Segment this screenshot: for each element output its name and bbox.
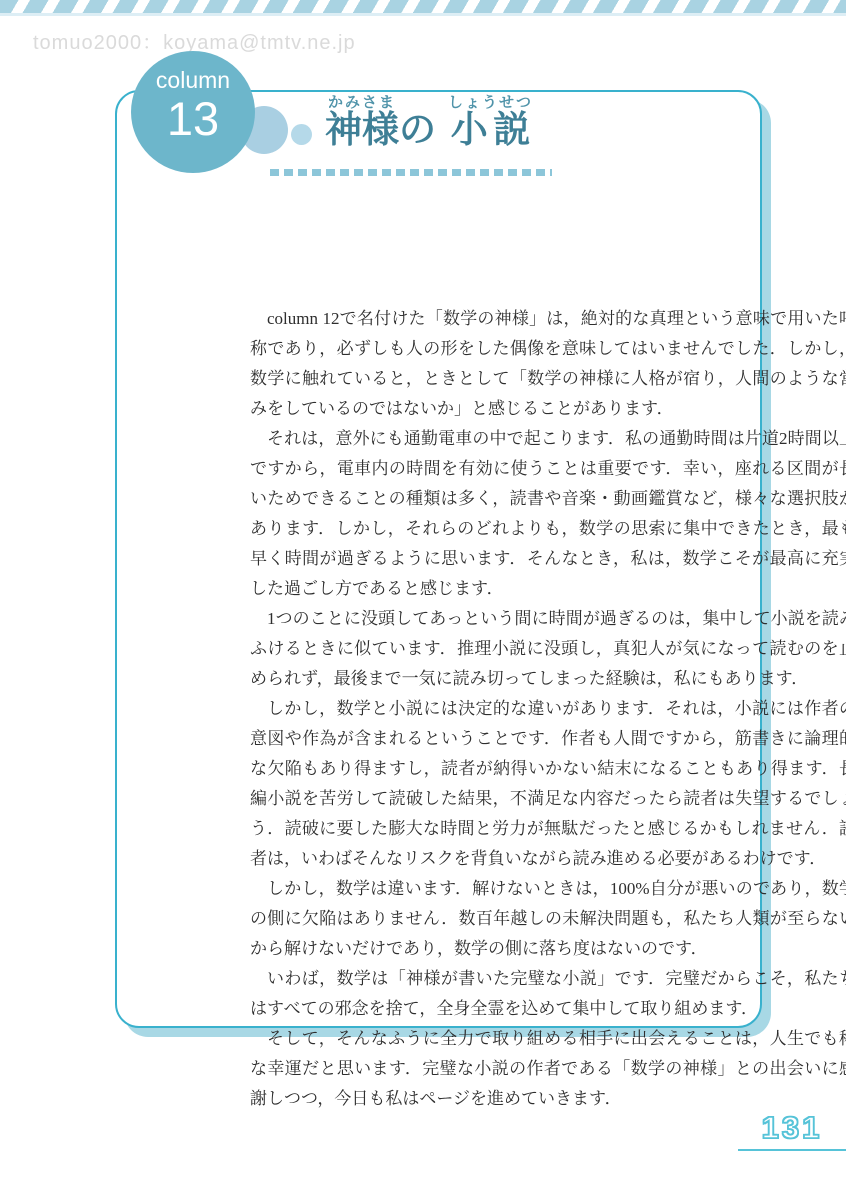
column-body-text: column 12で名付けた「数学の神様」は，絶対的な真理という意味で用いた呼称… xyxy=(250,304,846,1114)
title-ruby1-text: かみさま xyxy=(325,94,399,111)
page-number: 131 xyxy=(762,1110,823,1145)
column-content-box: column 12で名付けた「数学の神様」は，絶対的な真理という意味で用いた呼称… xyxy=(115,90,762,1028)
decorative-dot-small xyxy=(291,124,312,145)
title-word2-text: 小説 xyxy=(448,109,533,150)
title-dashed-underline xyxy=(270,169,552,176)
paragraph-4: しかし，数学と小説には決定的な違いがあります．それは，小説には作者の意図や作為が… xyxy=(250,694,846,874)
paragraph-7: そして，そんなふうに全力で取り組める相手に出会えることは，人生でも稀な幸運だと思… xyxy=(250,1024,846,1114)
title-word-shousetsu: 小説しょうせつ xyxy=(448,109,533,150)
top-stripe-border xyxy=(0,0,846,16)
paragraph-1: column 12で名付けた「数学の神様」は，絶対的な真理という意味で用いた呼称… xyxy=(250,304,846,424)
title-ruby2-text: しょうせつ xyxy=(448,94,533,111)
paragraph-2: それは，意外にも通勤電車の中で起こります．私の通勤時間は片道2時間以上ですから，… xyxy=(250,424,846,604)
page-title: 神様かみさまの小説しょうせつ xyxy=(325,94,533,148)
badge-number: 13 xyxy=(131,92,255,146)
paragraph-5: しかし，数学は違います．解けないときは，100%自分が悪いのであり，数学の側に欠… xyxy=(250,874,846,964)
title-connector: の xyxy=(399,109,436,150)
title-word-kamisama: 神様かみさま xyxy=(325,109,399,150)
badge-label: column xyxy=(131,68,255,92)
page-footer: 131 xyxy=(738,1110,846,1151)
paragraph-6: いわば，数学は「神様が書いた完璧な小説」です．完璧だからこそ，私たちはすべての邪… xyxy=(250,964,846,1024)
paragraph-3: 1つのことに没頭してあっという間に時間が過ぎるのは，集中して小説を読みふけるとき… xyxy=(250,604,846,694)
column-number-badge: column 13 xyxy=(131,51,255,173)
title-word1-text: 神様 xyxy=(325,109,399,150)
